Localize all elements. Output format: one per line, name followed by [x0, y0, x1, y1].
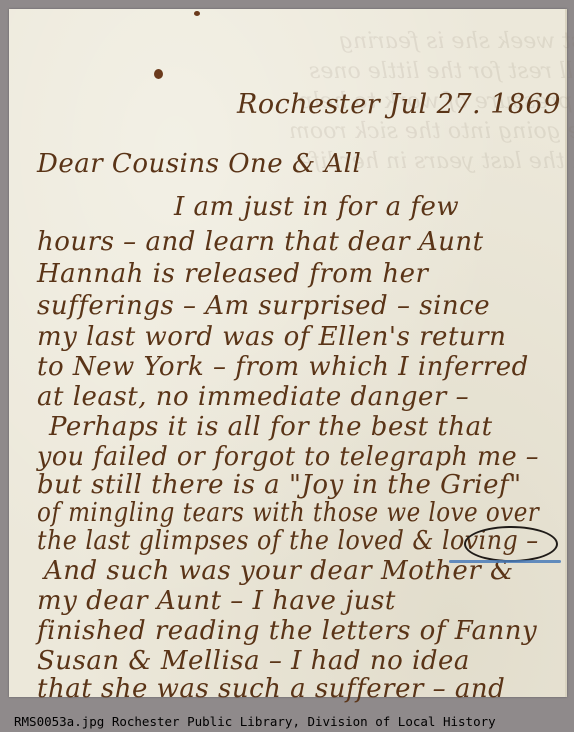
dateline: Rochester Jul 27. 1869	[237, 89, 561, 120]
letter-line: that she was such a sufferer – and	[37, 674, 505, 704]
letter-line: hours – and learn that dear Aunt	[37, 227, 484, 257]
letter-line: Susan & Mellisa – I had no idea	[37, 646, 470, 676]
letter-line: finished reading the letters of Fanny	[37, 616, 537, 646]
letter-line: my dear Aunt – I have just	[37, 586, 396, 616]
letter-line: to New York – from which I inferred	[37, 352, 529, 382]
letter-line: my last word was of Ellen's return	[37, 322, 506, 352]
letter-line: you failed or forgot to telegraph me –	[37, 442, 539, 472]
ink-stain	[194, 11, 200, 16]
bleed-through-text: before going into the sick room	[289, 119, 574, 144]
circled-word-annotation	[464, 526, 558, 562]
image-caption: RMS0053a.jpg Rochester Public Library, D…	[14, 714, 496, 729]
letter-line: but still there is a "Joy in the Grief"	[37, 470, 522, 500]
letter-line: sufferings – Am surprised – since	[37, 291, 490, 321]
letter-line: I am just in for a few	[174, 192, 459, 222]
letter-line: Hannah is released from her	[37, 259, 428, 289]
blue-pencil-underline	[449, 560, 561, 563]
letter-line: of mingling tears with those we love ove…	[37, 498, 539, 528]
letter-line: And such was your dear Mother &	[44, 556, 514, 586]
salutation: Dear Cousins One & All	[37, 149, 361, 179]
letter-page: ve that last week she is fearing well re…	[9, 9, 567, 697]
bleed-through-text: ve that last week she is fearing	[339, 29, 574, 54]
letter-line: Perhaps it is all for the best that	[49, 412, 493, 442]
bleed-through-text: well rest for the little ones	[309, 59, 574, 84]
ink-stain	[154, 69, 163, 79]
letter-line: at least, no immediate danger –	[37, 382, 469, 412]
